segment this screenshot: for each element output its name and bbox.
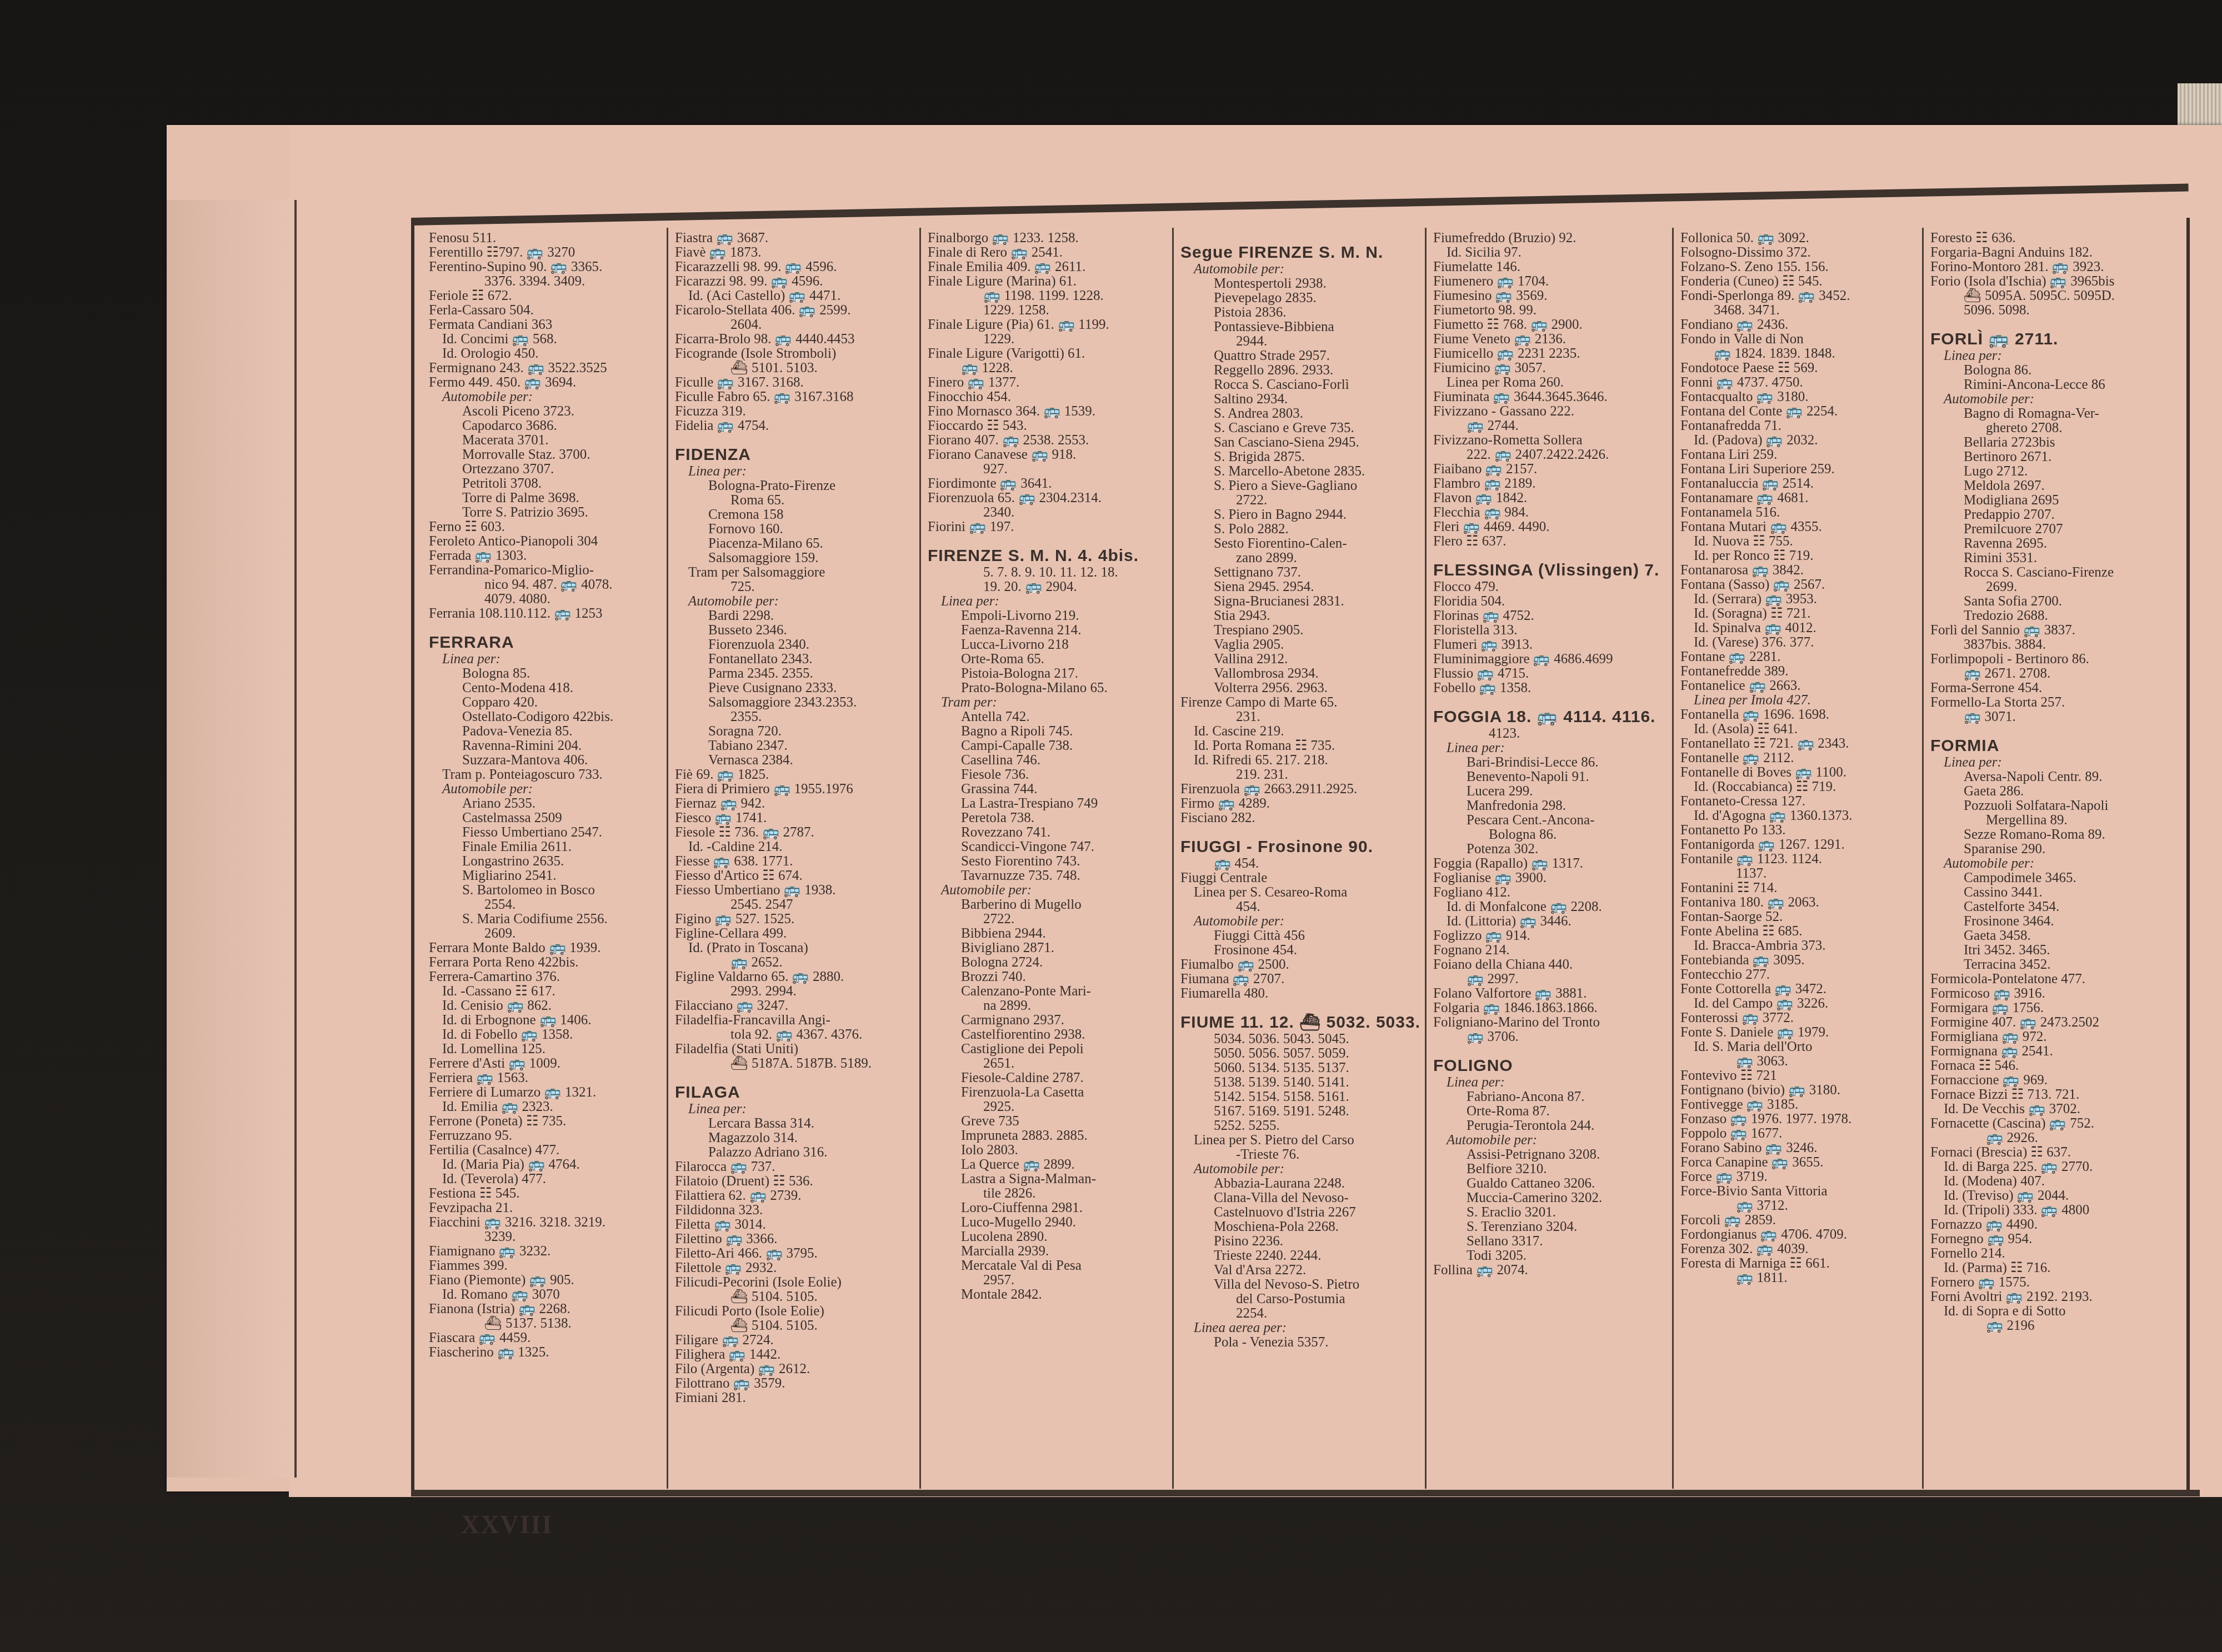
index-entry: Bagno di Romagna-Ver- xyxy=(1930,407,2180,421)
index-entry: Casellina 746. xyxy=(928,753,1169,768)
index-entry: 725. xyxy=(675,580,916,594)
index-entry: Id. di Barga 225. 🚌 2770. xyxy=(1930,1160,2180,1174)
index-entry: Filighera 🚌 1442. xyxy=(675,1348,916,1362)
index-entry: Castelmassa 2509 xyxy=(429,811,663,825)
index-entry: Fiavè 🚌 1873. xyxy=(675,246,916,260)
index-entry: Floridia 504. xyxy=(1433,594,1669,609)
index-entry: Mergellina 89. xyxy=(1930,813,2180,828)
index-column-7: Foresto ☷ 636.Forgaria-Bagni Anduins 182… xyxy=(1922,228,2183,1489)
index-entry: Fondi-Sperlonga 89. 🚌 3452. xyxy=(1680,289,1919,303)
index-entry: Linea per: xyxy=(1433,1075,1669,1090)
index-entry: zano 2899. xyxy=(1180,551,1422,565)
index-entry: Luco-Mugello 2940. xyxy=(928,1215,1169,1230)
index-entry: Bologna 86. xyxy=(1930,363,2180,378)
index-entry: Fertilia (Casalnce) 477. xyxy=(429,1143,663,1158)
index-entry: Signa-Brucianesi 2831. xyxy=(1180,594,1422,609)
index-entry: Lastra a Signa-Malman- xyxy=(928,1172,1169,1187)
index-entry: Folano Valfortore 🚌 3881. xyxy=(1433,987,1669,1001)
index-entry: Predappio 2707. xyxy=(1930,508,2180,522)
index-entry: Fontanefredde 389. xyxy=(1680,664,1919,679)
section-heading: FERRARA xyxy=(429,633,663,652)
index-entry: Linea per Roma 260. xyxy=(1433,376,1669,390)
index-entry: Id. Sicilia 97. xyxy=(1433,246,1669,260)
index-entry: Fornace Bizzi ☷ 713. 721. xyxy=(1930,1088,2180,1102)
index-entry: Formigine 407. 🚌 2473.2502 xyxy=(1930,1015,2180,1030)
index-entry: Fiesole 736. xyxy=(928,768,1169,782)
index-entry: Copparo 420. xyxy=(429,695,663,710)
index-entry: Linea per: xyxy=(1433,741,1669,755)
index-entry: Fontana Liri 259. xyxy=(1680,448,1919,462)
index-entry: Ferentino-Supino 90. 🚌 3365. xyxy=(429,260,663,274)
index-entry: Pola - Venezia 5357. xyxy=(1180,1335,1422,1350)
index-entry: Loro-Ciuffenna 2981. xyxy=(928,1201,1169,1215)
index-entry: Parma 2345. 2355. xyxy=(675,667,916,681)
index-entry: Fonte S. Daniele 🚌 1979. xyxy=(1680,1025,1919,1040)
index-entry: Fiumefreddo (Bruzio) 92. xyxy=(1433,231,1669,246)
index-entry: Pescara Cent.-Ancona- xyxy=(1433,813,1669,828)
index-entry: 222. 🚌 2407.2422.2426. xyxy=(1433,448,1669,462)
index-entry: 454. xyxy=(1180,900,1422,914)
section-heading: FORMIA xyxy=(1930,737,2180,755)
index-entry: Ferrania 108.110.112. 🚌 1253 xyxy=(429,607,663,621)
index-entry: Fiera di Primiero 🚌 1955.1976 xyxy=(675,782,916,797)
index-entry: Ferrera-Camartino 376. xyxy=(429,970,663,984)
index-entry: ⛴ 5095A. 5095C. 5095D. xyxy=(1930,289,2180,303)
index-entry: Bologna 86. xyxy=(1433,828,1669,842)
index-entry: Fontanaluccia 🚌 2514. xyxy=(1680,477,1919,491)
index-entry: Fiascherino 🚌 1325. xyxy=(429,1345,663,1360)
index-entry: Formello-La Storta 257. xyxy=(1930,695,2180,710)
index-entry: 2925. xyxy=(928,1100,1169,1114)
index-entry: Fornello 214. xyxy=(1930,1246,2180,1261)
index-entry: Forio (Isola d'Ischia) 🚌 3965bis xyxy=(1930,274,2180,289)
index-entry: 🚌 3712. xyxy=(1680,1199,1919,1213)
index-entry: Fontane 🚌 2281. xyxy=(1680,650,1919,664)
index-entry: Pistoia 2836. xyxy=(1180,306,1422,320)
index-entry: Filo (Argenta) 🚌 2612. xyxy=(675,1362,916,1376)
index-entry: Grassina 744. xyxy=(928,782,1169,797)
index-entry: Ferentillo ☷797. 🚌 3270 xyxy=(429,246,663,260)
bottom-rule xyxy=(411,1490,2200,1496)
index-entry: Id. (Aci Castello) 🚌 4471. xyxy=(675,289,916,303)
section-heading: FORLÌ 🚌 2711. xyxy=(1930,330,2180,349)
index-entry: Torre di Palme 3698. xyxy=(429,491,663,505)
index-entry: Figline-Cellara 499. xyxy=(675,927,916,941)
index-entry: Vallina 2912. xyxy=(1180,652,1422,667)
index-entry: Flumeri 🚌 3913. xyxy=(1433,638,1669,652)
index-entry: S. Terenziano 3204. xyxy=(1433,1220,1669,1234)
index-entry: Ferrone (Poneta) ☷ 735. xyxy=(429,1114,663,1129)
index-entry: Villa del Nevoso-S. Pietro xyxy=(1180,1278,1422,1292)
index-entry: Torre S. Patrizio 3695. xyxy=(429,505,663,520)
index-entry: Fiuggi Centrale xyxy=(1180,871,1422,885)
index-entry: 🚌 1228. xyxy=(928,361,1169,376)
index-entry: Pievepelago 2835. xyxy=(1180,291,1422,306)
index-entry: Stia 2943. xyxy=(1180,609,1422,623)
index-entry: Ascoli Piceno 3723. xyxy=(429,404,663,419)
index-entry: 🚌 2926. xyxy=(1930,1131,2180,1145)
index-entry: Fiumenero 🚌 1704. xyxy=(1433,274,1669,289)
index-entry: 1229. 1258. xyxy=(928,303,1169,318)
index-entry: Bagno a Ripoli 745. xyxy=(928,724,1169,739)
index-entry: Lucolena 2890. xyxy=(928,1230,1169,1244)
index-entry: Ferrara Monte Baldo 🚌 1939. xyxy=(429,941,663,955)
index-entry: Id. Romano 🚌 3070 xyxy=(429,1288,663,1302)
left-page-stack xyxy=(167,200,297,1478)
index-entry: Forma-Serrone 454. xyxy=(1930,681,2180,695)
index-entry: Filadelfia-Francavilla Angi- xyxy=(675,1013,916,1028)
index-entry: La Querce 🚌 2899. xyxy=(928,1158,1169,1172)
index-entry: Belfiore 3210. xyxy=(1433,1162,1669,1177)
index-entry: Foglianise 🚌 3900. xyxy=(1433,871,1669,885)
index-entry: Fiesole ☷ 736. 🚌 2787. xyxy=(675,825,916,840)
index-entry: 2254. xyxy=(1180,1306,1422,1321)
index-entry: Filigare 🚌 2724. xyxy=(675,1333,916,1348)
index-entry: Tram per Salsomaggiore xyxy=(675,565,916,580)
index-entry: 🚌 2744. xyxy=(1433,419,1669,433)
index-entry: Fleri 🚌 4469. 4490. xyxy=(1433,520,1669,534)
index-entry: Castelnuovo d'Istria 2267 xyxy=(1180,1205,1422,1220)
index-entry: Linea per S. Cesareo-Roma xyxy=(1180,885,1422,900)
index-entry: Cassino 3441. xyxy=(1930,885,2180,900)
index-entry: Formignana 🚌 2541. xyxy=(1930,1044,2180,1059)
index-entry: Rimini-Ancona-Lecce 86 xyxy=(1930,378,2180,392)
index-entry: Feroleto Antico-Pianopoli 304 xyxy=(429,534,663,549)
index-entry: Tavarnuzze 735. 748. xyxy=(928,869,1169,883)
index-entry: Fiano (Piemonte) 🚌 905. xyxy=(429,1273,663,1288)
index-entry: Bivigliano 2871. xyxy=(928,941,1169,955)
page-number: XXVIII xyxy=(461,1510,553,1539)
index-entry: Fiumesino 🚌 3569. xyxy=(1433,289,1669,303)
index-entry: Fonzaso 🚌 1976. 1977. 1978. xyxy=(1680,1112,1919,1127)
index-entry: Finale Ligure (Varigotti) 61. xyxy=(928,347,1169,361)
index-entry: Id. (Asola) ☷ 641. xyxy=(1680,722,1919,737)
index-entry: Linea per: xyxy=(429,652,663,667)
index-entry: Id. per Ronco ☷ 719. xyxy=(1680,549,1919,563)
index-entry: 2355. xyxy=(675,710,916,724)
index-entry: Automobile per: xyxy=(1930,857,2180,871)
index-entry: Pozzuoli Solfatara-Napoli xyxy=(1930,799,2180,813)
index-entry: Todi 3205. xyxy=(1433,1249,1669,1263)
index-entry: Forni Avoltri 🚌 2192. 2193. xyxy=(1930,1290,2180,1304)
index-entry: Finero 🚌 1377. xyxy=(928,376,1169,390)
index-entry: Firenzuola-La Casetta xyxy=(928,1085,1169,1100)
index-entry: Ficarolo-Stellata 406. 🚌 2599. xyxy=(675,303,916,318)
index-entry: 2651. xyxy=(928,1057,1169,1071)
index-entry: Floristella 313. xyxy=(1433,623,1669,638)
index-entry: Fermignano 243. 🚌 3522.3525 xyxy=(429,361,663,376)
index-entry: 2957. xyxy=(928,1273,1169,1288)
index-entry: Ravenna-Rimini 204. xyxy=(429,739,663,753)
index-entry: Tram p. Ponteiagoscuro 733. xyxy=(429,768,663,782)
index-entry: Feriole ☷ 672. xyxy=(429,289,663,303)
index-entry: 2609. xyxy=(429,927,663,941)
index-entry: 4079. 4080. xyxy=(429,592,663,607)
index-entry: Fonterossi 🚌 3772. xyxy=(1680,1011,1919,1025)
index-entry: Filattiera 62. 🚌 2739. xyxy=(675,1189,916,1203)
index-entry: Lucera 299. xyxy=(1433,784,1669,799)
index-entry: Ferrere d'Asti 🚌 1009. xyxy=(429,1057,663,1071)
index-entry: Id. (Soragna) ☷ 721. xyxy=(1680,607,1919,621)
index-entry: Id. Lomellina 125. xyxy=(429,1042,663,1057)
index-entry: Foligniano-Marino del Tronto xyxy=(1433,1015,1669,1030)
index-entry: Fontana (Sasso) 🚌 2567. xyxy=(1680,578,1919,592)
index-entry: Fontanamare 🚌 4681. xyxy=(1680,491,1919,505)
index-entry: Ficarazzi 98. 99. 🚌 4596. xyxy=(675,274,916,289)
index-entry: Id. (Tripoli) 333. 🚌 4800 xyxy=(1930,1203,2180,1218)
index-entry: Fiuminata 🚌 3644.3645.3646. xyxy=(1433,390,1669,404)
index-entry: Fiumicello 🚌 2231 2235. xyxy=(1433,347,1669,361)
index-entry: 1229. xyxy=(928,332,1169,347)
index-entry: Fontan-Saorge 52. xyxy=(1680,910,1919,924)
index-entry: Linea per: xyxy=(1930,349,2180,363)
index-entry: Fontanigorda 🚌 1267. 1291. xyxy=(1680,838,1919,852)
index-entry: 5252. 5255. xyxy=(1180,1119,1422,1133)
index-entry: S. Casciano e Greve 735. xyxy=(1180,421,1422,435)
index-entry: S. Piero in Bagno 2944. xyxy=(1180,508,1422,522)
index-entry: Fevzipacha 21. xyxy=(429,1201,663,1215)
index-entry: Ficarazzelli 98. 99. 🚌 4596. xyxy=(675,260,916,274)
section-heading: FOLIGNO xyxy=(1433,1057,1669,1075)
index-entry: Fiumana 🚌 2707. xyxy=(1180,972,1422,987)
index-entry: Peretola 738. xyxy=(928,811,1169,825)
index-entry: Fiume Veneto 🚌 2136. xyxy=(1433,332,1669,347)
index-entry: Linea per: xyxy=(675,464,916,479)
index-entry: Ficuzza 319. xyxy=(675,404,916,419)
index-entry: Campi-Capalle 738. xyxy=(928,739,1169,753)
index-entry: Automobile per: xyxy=(675,594,916,609)
index-entry: Soragna 720. xyxy=(675,724,916,739)
index-entry: Fontanelle di Boves 🚌 1100. xyxy=(1680,765,1919,780)
index-entry: Rocca S. Casciano-Firenze xyxy=(1930,565,2180,580)
index-entry: Fiascara 🚌 4459. xyxy=(429,1331,663,1345)
index-entry: Fiumarella 480. xyxy=(1180,987,1422,1001)
index-entry: Fabriano-Ancona 87. xyxy=(1433,1090,1669,1104)
index-entry: Calenzano-Ponte Mari- xyxy=(928,984,1169,999)
index-entry: nico 94. 487. 🚌 4078. xyxy=(429,578,663,592)
index-entry: Filetta 🚌 3014. xyxy=(675,1218,916,1232)
index-entry: 2604. xyxy=(675,318,916,332)
index-entry: ghereto 2708. xyxy=(1930,421,2180,435)
index-entry: Id. (Treviso) 🚌 2044. xyxy=(1930,1189,2180,1203)
index-entry: Folzano-S. Zeno 155. 156. xyxy=(1680,260,1919,274)
index-entry: Linea aerea per: xyxy=(1180,1321,1422,1335)
index-columns: Fenosu 511.Ferentillo ☷797. 🚌 3270Ferent… xyxy=(422,228,2183,1489)
index-entry: Finale Ligure (Marina) 61. xyxy=(928,274,1169,289)
index-entry: Linea per: xyxy=(675,1102,916,1117)
index-entry: ⛴ 5187A. 5187B. 5189. xyxy=(675,1057,916,1071)
index-entry: Id. d'Agogna 🚌 1360.1373. xyxy=(1680,809,1919,823)
index-entry: Frosinone 3464. xyxy=(1930,914,2180,929)
index-entry: S. Piero a Sieve-Gagliano xyxy=(1180,479,1422,493)
index-entry: Finale Emilia 409. 🚌 2611. xyxy=(928,260,1169,274)
index-entry: Palazzo Adriano 316. xyxy=(675,1145,916,1160)
index-entry: Bellaria 2723bis xyxy=(1930,435,2180,450)
index-entry: Vaglia 2905. xyxy=(1180,638,1422,652)
index-entry: Fontaneto-Cressa 127. xyxy=(1680,794,1919,809)
index-entry: Fornovo 160. xyxy=(675,522,916,537)
index-entry: Ferla-Cassaro 504. xyxy=(429,303,663,318)
index-entry: na 2899. xyxy=(928,999,1169,1013)
index-entry: Id. di Erbognone 🚌 1406. xyxy=(429,1013,663,1028)
index-entry: Antella 742. xyxy=(928,710,1169,724)
index-entry: Automobile per: xyxy=(429,390,663,404)
index-entry: Fondotoce Paese ☷ 569. xyxy=(1680,361,1919,376)
index-entry: Sparanise 290. xyxy=(1930,842,2180,857)
index-entry: Automobile per: xyxy=(1180,262,1422,277)
index-entry: Id. -Caldine 214. xyxy=(675,840,916,854)
index-entry: Fiamignano 🚌 3232. xyxy=(429,1244,663,1259)
index-entry: S. Maria Codifiume 2556. xyxy=(429,912,663,927)
index-entry: Follina 🚌 2074. xyxy=(1433,1263,1669,1278)
index-entry: Flavon 🚌 1842. xyxy=(1433,491,1669,505)
index-entry: Siena 2945. 2954. xyxy=(1180,580,1422,594)
index-entry: Bologna 2724. xyxy=(928,955,1169,970)
index-entry: Ferno ☷ 603. xyxy=(429,520,663,534)
index-entry: Perugia-Terontola 244. xyxy=(1433,1119,1669,1133)
index-entry: Foresta di Marniga ☷ 661. xyxy=(1680,1256,1919,1271)
index-entry: Trieste 2240. 2244. xyxy=(1180,1249,1422,1263)
index-column-5: Fiumefreddo (Bruzio) 92.Id. Sicilia 97.F… xyxy=(1425,228,1672,1489)
index-entry: 🚌 2997. xyxy=(1433,972,1669,987)
index-entry: Fianona (Istria) 🚌 2268. xyxy=(429,1302,663,1316)
index-entry: 2993. 2994. xyxy=(675,984,916,999)
index-entry: 🚌 2671. 2708. xyxy=(1930,667,2180,681)
index-entry: Finale di Rero 🚌 2541. xyxy=(928,246,1169,260)
index-entry: Premilcuore 2707 xyxy=(1930,522,2180,537)
index-column-2: Fiastra 🚌 3687.Fiavè 🚌 1873.Ficarazzelli… xyxy=(667,228,919,1489)
index-entry: Fontivegge 🚌 3185. xyxy=(1680,1098,1919,1112)
index-entry: Ferriere di Lumarzo 🚌 1321. xyxy=(429,1085,663,1100)
index-entry: Campodimele 3465. xyxy=(1930,871,2180,885)
index-entry: Fonni 🚌 4737. 4750. xyxy=(1680,376,1919,390)
index-entry: Force-Bivio Santa Vittoria xyxy=(1680,1184,1919,1199)
index-entry: Gaeta 3458. xyxy=(1930,929,2180,943)
index-entry: Castiglione dei Pepoli xyxy=(928,1042,1169,1057)
index-entry: Fivizzano - Gassano 222. xyxy=(1433,404,1669,419)
index-entry: Quattro Strade 2957. xyxy=(1180,349,1422,363)
index-column-6: Follonica 50. 🚌 3092.Folsogno-Dissimo 37… xyxy=(1672,228,1922,1489)
index-entry: 3468. 3471. xyxy=(1680,303,1919,318)
index-entry: ⛴ 5104. 5105. xyxy=(675,1290,916,1304)
index-entry: 5142. 5154. 5158. 5161. xyxy=(1180,1090,1422,1104)
index-entry: 🚌 1811. xyxy=(1680,1271,1919,1285)
index-entry: Automobile per: xyxy=(1433,1133,1669,1148)
index-entry: 5096. 5098. xyxy=(1930,303,2180,318)
index-entry: Automobile per: xyxy=(1180,1162,1422,1177)
index-entry: Id. di Sopra e di Sotto xyxy=(1930,1304,2180,1319)
index-entry: Gualdo Cattaneo 3206. xyxy=(1433,1177,1669,1191)
index-entry: Finale Emilia 2611. xyxy=(429,840,663,854)
index-entry: Ficulle 🚌 3167. 3168. xyxy=(675,376,916,390)
index-entry: Fontanellato ☷ 721. 🚌 2343. xyxy=(1680,737,1919,751)
index-entry: Assisi-Petrignano 3208. xyxy=(1433,1148,1669,1162)
index-entry: Bologna-Prato-Firenze xyxy=(675,479,916,493)
index-entry: Fiaibano 🚌 2157. xyxy=(1433,462,1669,477)
index-entry: Formicoso 🚌 3916. xyxy=(1930,987,2180,1001)
index-entry: Filottrano 🚌 3579. xyxy=(675,1376,916,1391)
index-entry: Volterra 2956. 2963. xyxy=(1180,681,1422,695)
index-entry: Bologna 85. xyxy=(429,667,663,681)
index-entry: Castelforte 3454. xyxy=(1930,900,2180,914)
index-entry: S. Bartolomeo in Bosco xyxy=(429,883,663,898)
index-entry: Automobile per: xyxy=(928,883,1169,898)
index-entry: Fontanafredda 71. xyxy=(1680,419,1919,433)
index-entry: Fonte Abelina ☷ 685. xyxy=(1680,924,1919,939)
index-entry: Ficarra-Brolo 98. 🚌 4440.4453 xyxy=(675,332,916,347)
index-entry: Flero ☷ 637. xyxy=(1433,534,1669,549)
index-entry: Fimiani 281. xyxy=(675,1391,916,1405)
index-entry: Ferrandina-Pomarico-Miglio- xyxy=(429,563,663,578)
index-entry: Folsogno-Dissimo 372. xyxy=(1680,246,1919,260)
index-entry: Fontecchio 277. xyxy=(1680,968,1919,982)
index-entry: 2340. xyxy=(928,505,1169,520)
index-entry: Mercatale Val di Pesa xyxy=(928,1259,1169,1273)
index-entry: Firenzuola 🚌 2663.2911.2925. xyxy=(1180,782,1422,797)
index-entry: Santa Sofia 2700. xyxy=(1930,594,2180,609)
index-entry: Linea per: xyxy=(928,594,1169,609)
index-entry: Fontanella 🚌 1696. 1698. xyxy=(1680,708,1919,722)
index-entry: San Casciano-Siena 2945. xyxy=(1180,435,1422,450)
index-entry: Settignano 737. xyxy=(1180,565,1422,580)
index-entry: Fornaca ☷ 546. xyxy=(1930,1059,2180,1073)
index-entry: Fiuggi Città 456 xyxy=(1180,929,1422,943)
index-entry: Fontanamela 516. xyxy=(1680,505,1919,520)
index-entry: Lercara Bassa 314. xyxy=(675,1117,916,1131)
index-entry: Foggia (Rapallo) 🚌 1317. xyxy=(1433,857,1669,871)
section-heading: FIUGGI - Frosinone 90. xyxy=(1180,838,1422,857)
index-entry: Fiammes 399. xyxy=(429,1259,663,1273)
index-entry: Ferrara Porta Reno 422bis. xyxy=(429,955,663,970)
index-entry: Cento-Modena 418. xyxy=(429,681,663,695)
index-entry: Filatoio (Druent) ☷ 536. xyxy=(675,1174,916,1189)
index-entry: 🚌 1824. 1839. 1848. xyxy=(1680,347,1919,361)
index-entry: Fiesso Umbertiano 2547. xyxy=(429,825,663,840)
index-entry: Forcoli 🚌 2859. xyxy=(1680,1213,1919,1228)
index-entry: 🚌 3706. xyxy=(1433,1030,1669,1044)
index-entry: Follonica 50. 🚌 3092. xyxy=(1680,231,1919,246)
index-entry: Ferruzzano 95. xyxy=(429,1129,663,1143)
index-entry: Fogliano 412. xyxy=(1433,885,1669,900)
index-entry: Id. Bracca-Ambria 373. xyxy=(1680,939,1919,953)
index-entry: Migliarino 2541. xyxy=(429,869,663,883)
index-entry: Finale Ligure (Pia) 61. 🚌 1199. xyxy=(928,318,1169,332)
index-entry: Fino Mornasco 364. 🚌 1539. xyxy=(928,404,1169,419)
index-entry: Fontanelle 🚌 2112. xyxy=(1680,751,1919,765)
index-entry: Fiorano Canavese 🚌 918. xyxy=(928,448,1169,462)
index-entry: Greve 735 xyxy=(928,1114,1169,1129)
index-entry: Aversa-Napoli Centr. 89. xyxy=(1930,770,2180,784)
index-entry: 5050. 5056. 5057. 5059. xyxy=(1180,1047,1422,1061)
index-entry: Filadelfia (Stati Uniti) xyxy=(675,1042,916,1057)
index-entry: Morrovalle Staz. 3700. xyxy=(429,448,663,462)
index-entry: Fognano 214. xyxy=(1433,943,1669,958)
index-entry: Meldola 2697. xyxy=(1930,479,2180,493)
index-entry: Id. Concimi 🚌 568. xyxy=(429,332,663,347)
index-entry: Fontanetto Po 133. xyxy=(1680,823,1919,838)
index-entry: Bardi 2298. xyxy=(675,609,916,623)
index-entry: Rimini 3531. xyxy=(1930,551,2180,565)
index-entry: Id. (Parma) ☷ 716. xyxy=(1930,1261,2180,1275)
index-entry: Fornegno 🚌 954. xyxy=(1930,1232,2180,1246)
index-entry: Fonte Cottorella 🚌 3472. xyxy=(1680,982,1919,997)
index-entry: 2554. xyxy=(429,898,663,912)
index-entry: 5034. 5036. 5043. 5045. xyxy=(1180,1032,1422,1047)
index-entry: Id. (Modena) 407. xyxy=(1930,1174,2180,1189)
index-entry: Fiumelatte 146. xyxy=(1433,260,1669,274)
index-entry: 3376. 3394. 3409. xyxy=(429,274,663,289)
index-entry: Petritoli 3708. xyxy=(429,477,663,491)
